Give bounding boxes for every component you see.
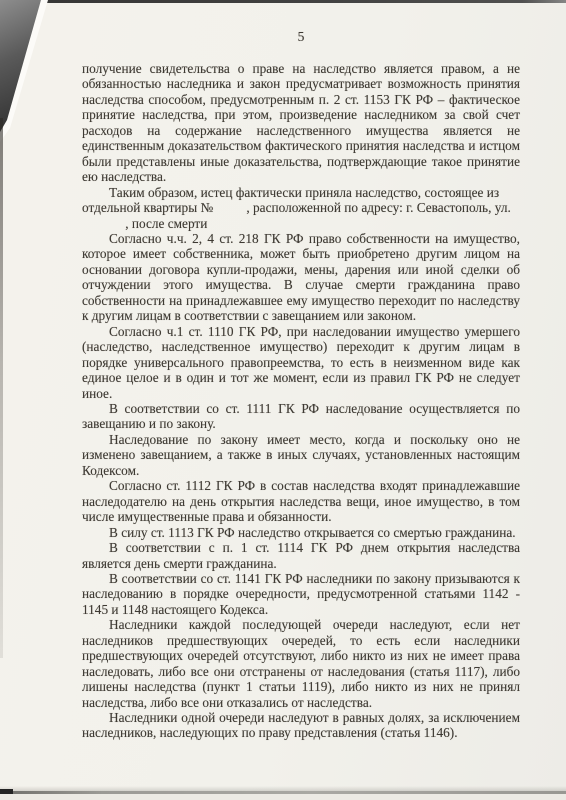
document-text-block: 5 получение свидетельства о праве на нас… [82,0,520,741]
paragraph: В соответствии со ст. 1111 ГК РФ наследо… [82,401,520,432]
page-number: 5 [82,28,520,45]
scan-left-edge-line [0,118,3,658]
paragraph: Таким образом, истец фактически приняла … [82,185,520,231]
paragraph: Согласно ст. 1112 ГК РФ в состав наследс… [82,478,520,524]
paragraph: Согласно ч.ч. 2, 4 ст. 218 ГК РФ право с… [82,231,520,324]
scanned-document-page: 5 получение свидетельства о праве на нас… [0,0,566,800]
paragraph: Наследники каждой последующей очереди на… [82,617,520,710]
paragraph: Согласно ч.1 ст. 1110 ГК РФ, при наследо… [82,324,520,401]
paragraph: получение свидетельства о праве на насле… [82,61,520,185]
paragraph: Наследники одной очереди наследуют в рав… [82,710,520,741]
paragraph: В силу ст. 1113 ГК РФ наследство открыва… [82,525,520,540]
paragraph: Наследование по закону имеет место, когд… [82,432,520,478]
scan-bottom-margin [0,794,566,800]
paragraph: В соответствии с п. 1 ст. 1114 ГК РФ дне… [82,540,520,571]
paragraph: В соответствии со ст. 1141 ГК РФ наследн… [82,571,520,617]
